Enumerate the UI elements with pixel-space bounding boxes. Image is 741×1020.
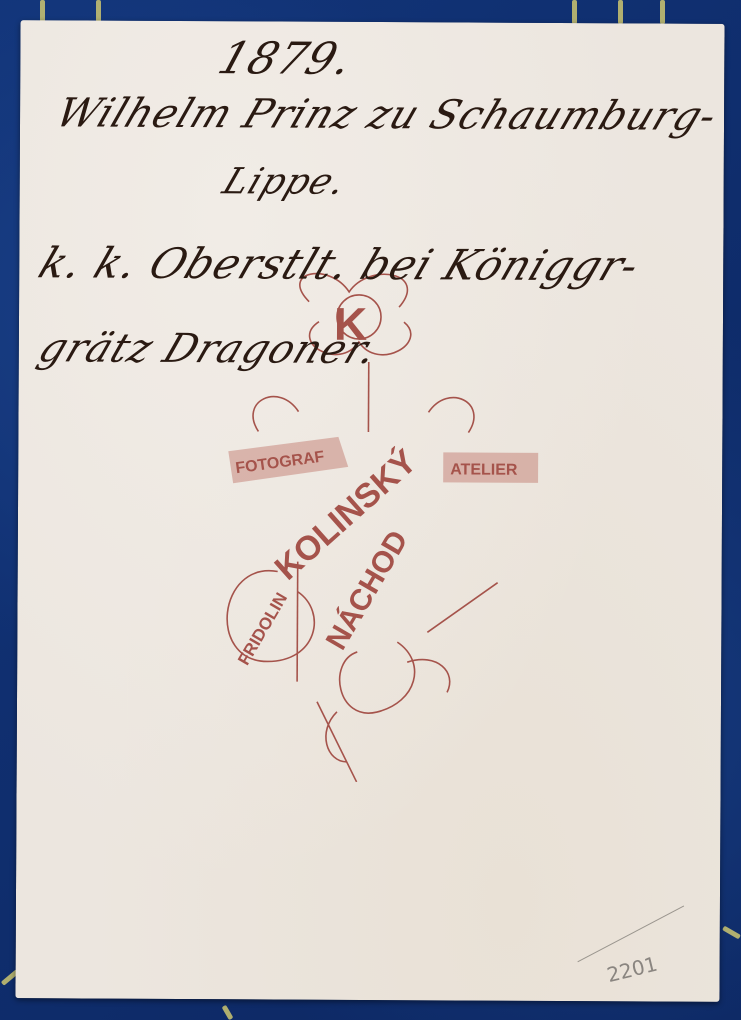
background-thread <box>618 0 623 24</box>
background-thread <box>572 0 577 24</box>
pencil-stroke <box>577 906 684 963</box>
handwritten-line-3: k. k. Oberstlt. bei Königgr- <box>32 238 647 290</box>
background-thread <box>96 0 101 22</box>
background-thread <box>40 0 45 22</box>
photo-card-back: 1879. Wilhelm Prinz zu Schaumburg- Lippe… <box>15 20 724 1002</box>
handwritten-line-4: grätz Dragoner. <box>32 325 384 373</box>
banner-right-text: ATELIER <box>450 461 518 478</box>
handwritten-line-2: Lippe. <box>217 161 352 203</box>
background-thread <box>660 0 665 24</box>
background-thread <box>722 926 741 940</box>
photographer-first-name: FRIDOLIN <box>234 589 291 668</box>
pencil-inventory-number: 2201 <box>605 952 660 987</box>
background-thread <box>222 1005 234 1020</box>
handwritten-line-1: Wilhelm Prinz zu Schaumburg- <box>50 90 724 139</box>
handwritten-year: 1879. <box>212 33 360 85</box>
